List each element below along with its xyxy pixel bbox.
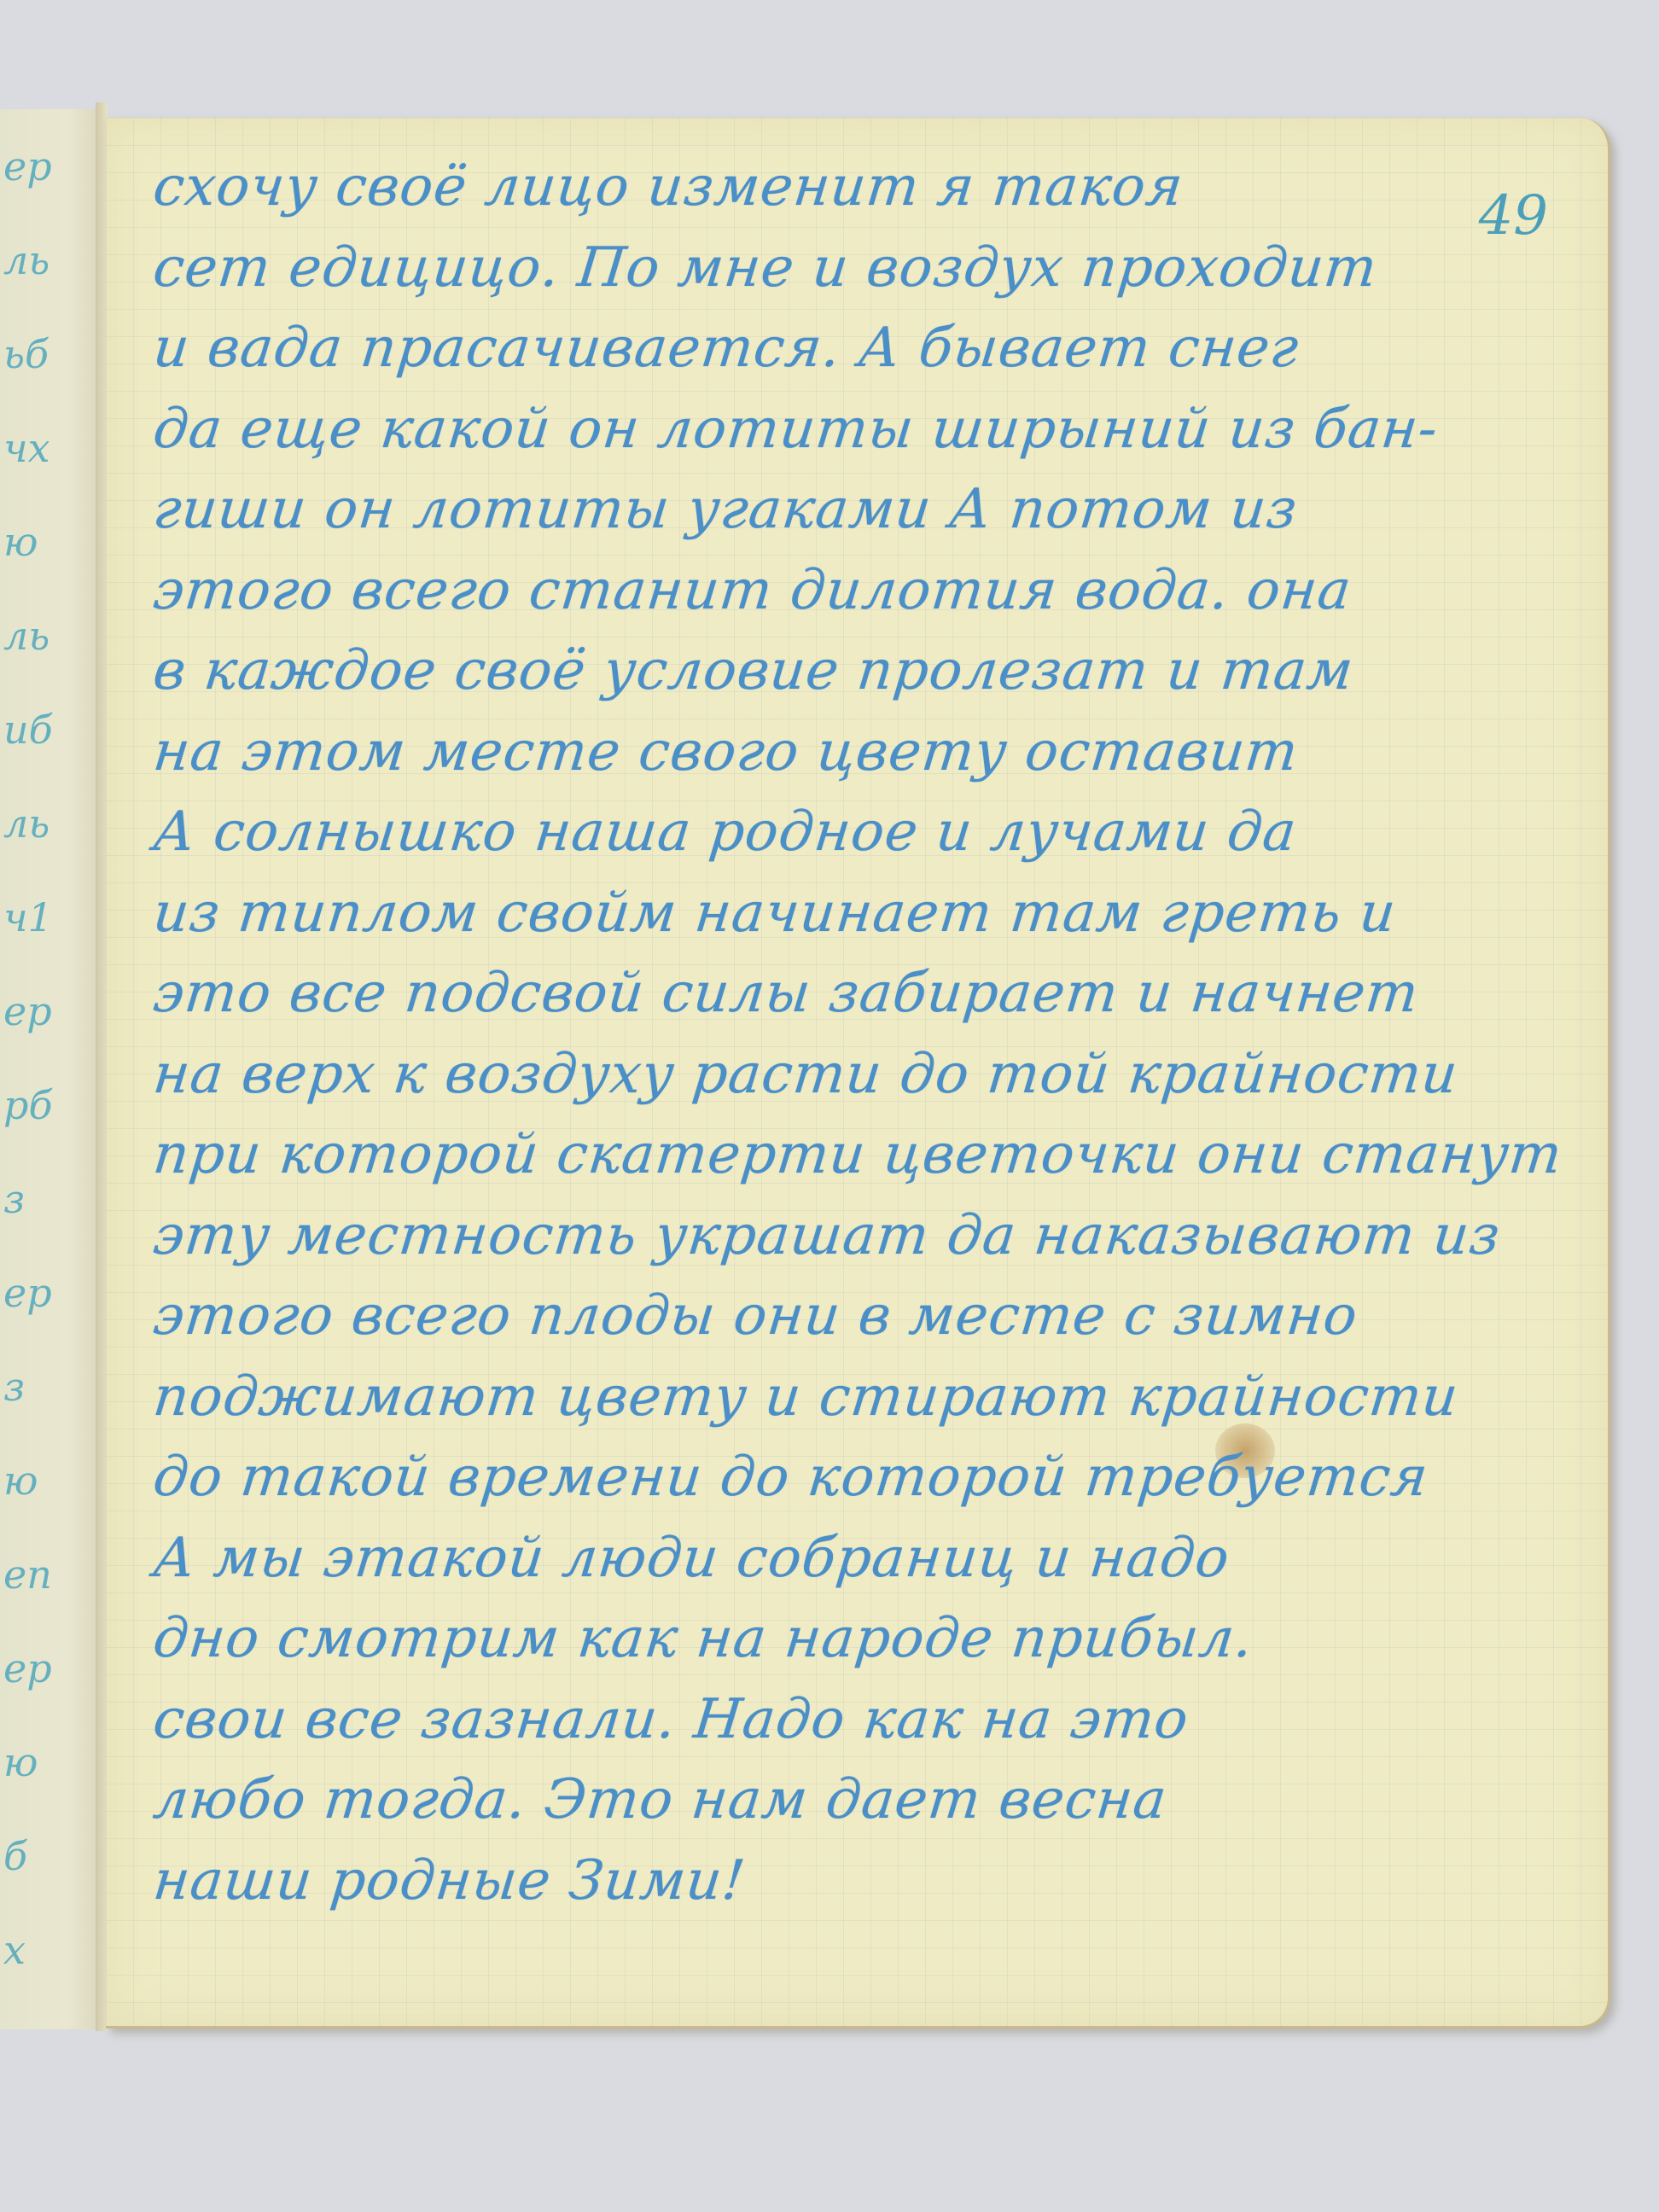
text-line: и вада прасачивается. А бывает снег <box>149 308 1523 389</box>
margin-fragment: ч1 <box>3 894 89 940</box>
text-line: при которой скатерти цветочки они станут <box>149 1115 1523 1196</box>
text-line: на верх к воздуху расти до той крайности <box>149 1034 1523 1115</box>
margin-fragment: ер <box>3 143 89 189</box>
margin-fragment: ер <box>3 1270 89 1316</box>
margin-fragment: ль <box>3 800 89 847</box>
text-line: на этом месте свого цвету оставит <box>149 712 1523 793</box>
margin-fragment: ер <box>3 1645 89 1691</box>
margin-fragment: з <box>3 1176 89 1222</box>
text-line: А мы этакой люди собраниц и надо <box>149 1518 1523 1599</box>
text-line: наши родные Зими! <box>149 1841 1523 1922</box>
text-line: в каждое своё условие пролезат и там <box>149 631 1523 712</box>
margin-fragment: ю <box>3 519 89 565</box>
margin-fragment: ль <box>3 613 89 659</box>
margin-fragment: ьб <box>3 331 89 377</box>
margin-fragment: з <box>3 1364 89 1410</box>
margin-fragment: б <box>3 1833 89 1879</box>
text-line: до такой времени до которой требуется <box>149 1437 1523 1518</box>
margin-fragment: ер <box>3 988 89 1034</box>
text-line: этого всего станит дилотия вода. она <box>149 550 1523 632</box>
notebook-page: 49 схочу своё лицо изменит я такоя сет е… <box>106 118 1610 2029</box>
margin-fragment: ю <box>3 1458 89 1504</box>
margin-fragment: рб <box>3 1082 89 1128</box>
text-line: эту местность украшат да наказывают из <box>149 1196 1523 1277</box>
text-line: любо тогда. Это нам дает весна <box>149 1760 1523 1841</box>
margin-fragment: х <box>3 1927 89 1973</box>
text-line: А солнышко наша родное и лучами да <box>149 792 1523 873</box>
handwritten-text: схочу своё лицо изменит я такоя сет едиц… <box>154 147 1519 1921</box>
text-line: гиши он лотиты угаками А потом из <box>149 469 1523 550</box>
margin-fragment: чх <box>3 425 89 471</box>
text-line: схочу своё лицо изменит я такоя <box>149 147 1523 228</box>
text-line: свои все зазнали. Надо как на это <box>149 1679 1523 1761</box>
margin-fragment: еп <box>3 1551 89 1598</box>
text-line: этого всего плоды они в месте с зимно <box>149 1276 1523 1357</box>
text-line: сет едицицо. По мне и воздух проходит <box>149 228 1523 309</box>
margin-fragment: ю <box>3 1739 89 1785</box>
text-line: это все подсвой силы забирает и начнет <box>149 953 1523 1034</box>
previous-page-margin: ерлььбчхюльибльч1еррбзерзюеперюбх <box>0 109 97 2029</box>
text-line: да еще какой он лотиты ширыний из бан- <box>149 389 1523 470</box>
text-line: из типлом свойм начинает там греть и <box>149 873 1523 954</box>
text-line: поджимают цвету и стирают крайности <box>149 1357 1523 1438</box>
margin-fragment: ль <box>3 237 89 283</box>
text-line: дно смотрим как на народе прибыл. <box>149 1598 1523 1679</box>
margin-fragment: иб <box>3 707 89 753</box>
